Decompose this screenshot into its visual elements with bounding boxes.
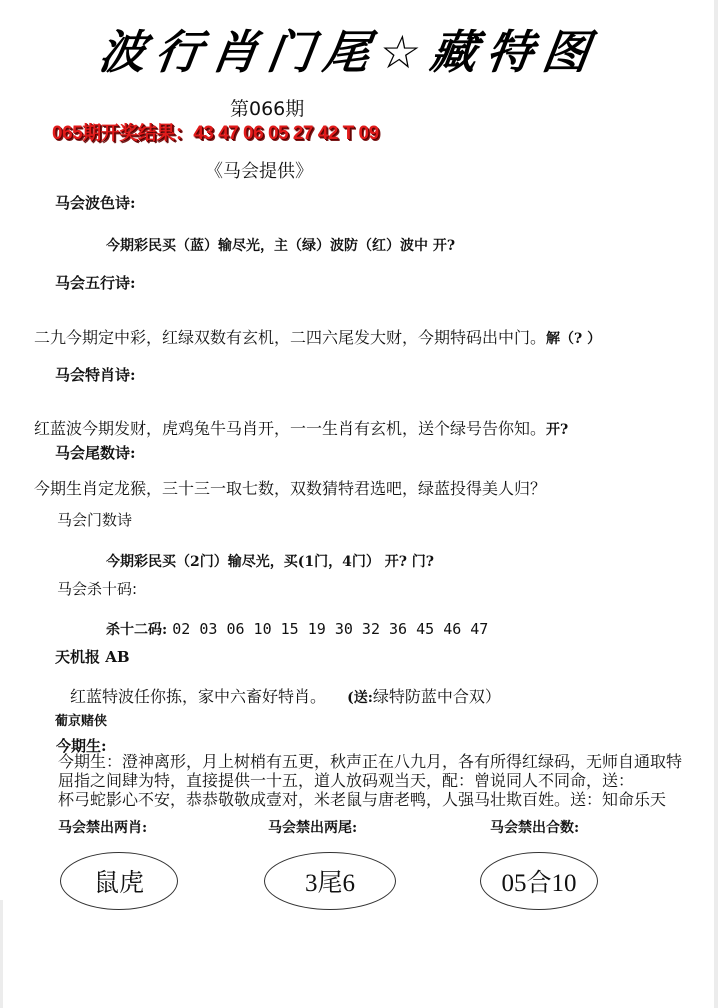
tianji-suffix-label: (送:: [347, 690, 373, 706]
ban-tail-label: 马会禁出两尾:: [268, 817, 357, 837]
door-heading: 马会门数诗: [57, 509, 132, 530]
tianji-text: 红蓝特波任你拣，家中六畜好特肖。: [70, 687, 326, 706]
ban-zodiac-label: 马会禁出两肖:: [58, 817, 147, 837]
zodiac-text: 红蓝波今期发财，虎鸡兔牛马肖开，一一生肖有玄机，送个绿号告你知。: [34, 419, 546, 438]
tianji-heading: 天机报 AB: [55, 646, 130, 667]
kill-twelve-line: 杀十二码: 02 03 06 10 15 19 30 32 36 45 46 4…: [106, 619, 488, 639]
ban-sum-value: 05合10: [480, 852, 598, 910]
provider-label: 《马会提供》: [205, 157, 313, 183]
zodiac-heading: 马会特肖诗:: [55, 364, 136, 385]
five-elements-heading: 马会五行诗:: [55, 272, 136, 293]
kill-twelve-label: 杀十二码:: [106, 622, 167, 638]
ban-zodiac-value: 鼠虎: [60, 852, 178, 910]
page-edge: [714, 0, 718, 1008]
zodiac-line: 红蓝波今期发财，虎鸡兔牛马肖开，一一生肖有玄机，送个绿号告你知。开?: [34, 416, 568, 439]
previous-result: 065期开奖结果：43 47 06 05 27 42 T 09: [52, 118, 379, 145]
zodiac-suffix: 开?: [546, 422, 568, 438]
tail-heading: 马会尾数诗:: [55, 442, 136, 463]
tianji-line: 红蓝特波任你拣，家中六畜好特肖。 (送:绿特防蓝中合双）: [70, 684, 501, 707]
wave-color-text: 今期彩民买（蓝）输尽光，主（绿）波防（红）波中 开?: [106, 235, 455, 255]
gambler-heading: 葡京赌侠: [55, 710, 107, 729]
page-title: 波行肖门尾☆藏特图: [95, 16, 604, 82]
five-elements-line: 二九今期定中彩，红绿双数有玄机，二四六尾发大财，今期特码出中门。解（? ）: [34, 325, 601, 348]
ban-tail-value: 3尾6: [264, 852, 396, 910]
kill-ten-heading: 马会杀十码:: [57, 578, 137, 599]
ban-sum-label: 马会禁出合数:: [490, 817, 579, 837]
tianji-suffix-text: 绿特防蓝中合双）: [373, 687, 501, 706]
door-text: 今期彩民买（2门）输尽光，买(1门，4门） 开? 门?: [106, 551, 434, 571]
this-issue-line: 杯弓蛇影心不安，恭恭敬敬成壹对，米老鼠与唐老鸭，人强马壮欺百姓。送：知命乐天: [58, 790, 682, 809]
issue-number: 第066期: [230, 94, 304, 121]
page-edge: [0, 900, 3, 1008]
five-elements-suffix: 解（? ）: [546, 331, 601, 347]
this-issue-body: 今期生：澄神离形，月上树梢有五更，秋声正在八九月，各有所得红绿码，无师自通取特 …: [58, 752, 682, 809]
wave-color-heading: 马会波色诗:: [55, 192, 136, 213]
five-elements-text: 二九今期定中彩，红绿双数有玄机，二四六尾发大财，今期特码出中门。: [34, 328, 546, 347]
kill-twelve-numbers: 02 03 06 10 15 19 30 32 36 45 46 47: [172, 620, 488, 638]
this-issue-line: 今期生：澄神离形，月上树梢有五更，秋声正在八九月，各有所得红绿码，无师自通取特: [58, 752, 682, 771]
tail-text: 今期生肖定龙猴，三十三一取七数，双数猜特君选吧，绿蓝投得美人归？: [34, 476, 546, 499]
this-issue-line: 屈指之间肆为特，直接提供一十五，道人放码观当天，配：曾说同人不同命，送：: [58, 771, 682, 790]
